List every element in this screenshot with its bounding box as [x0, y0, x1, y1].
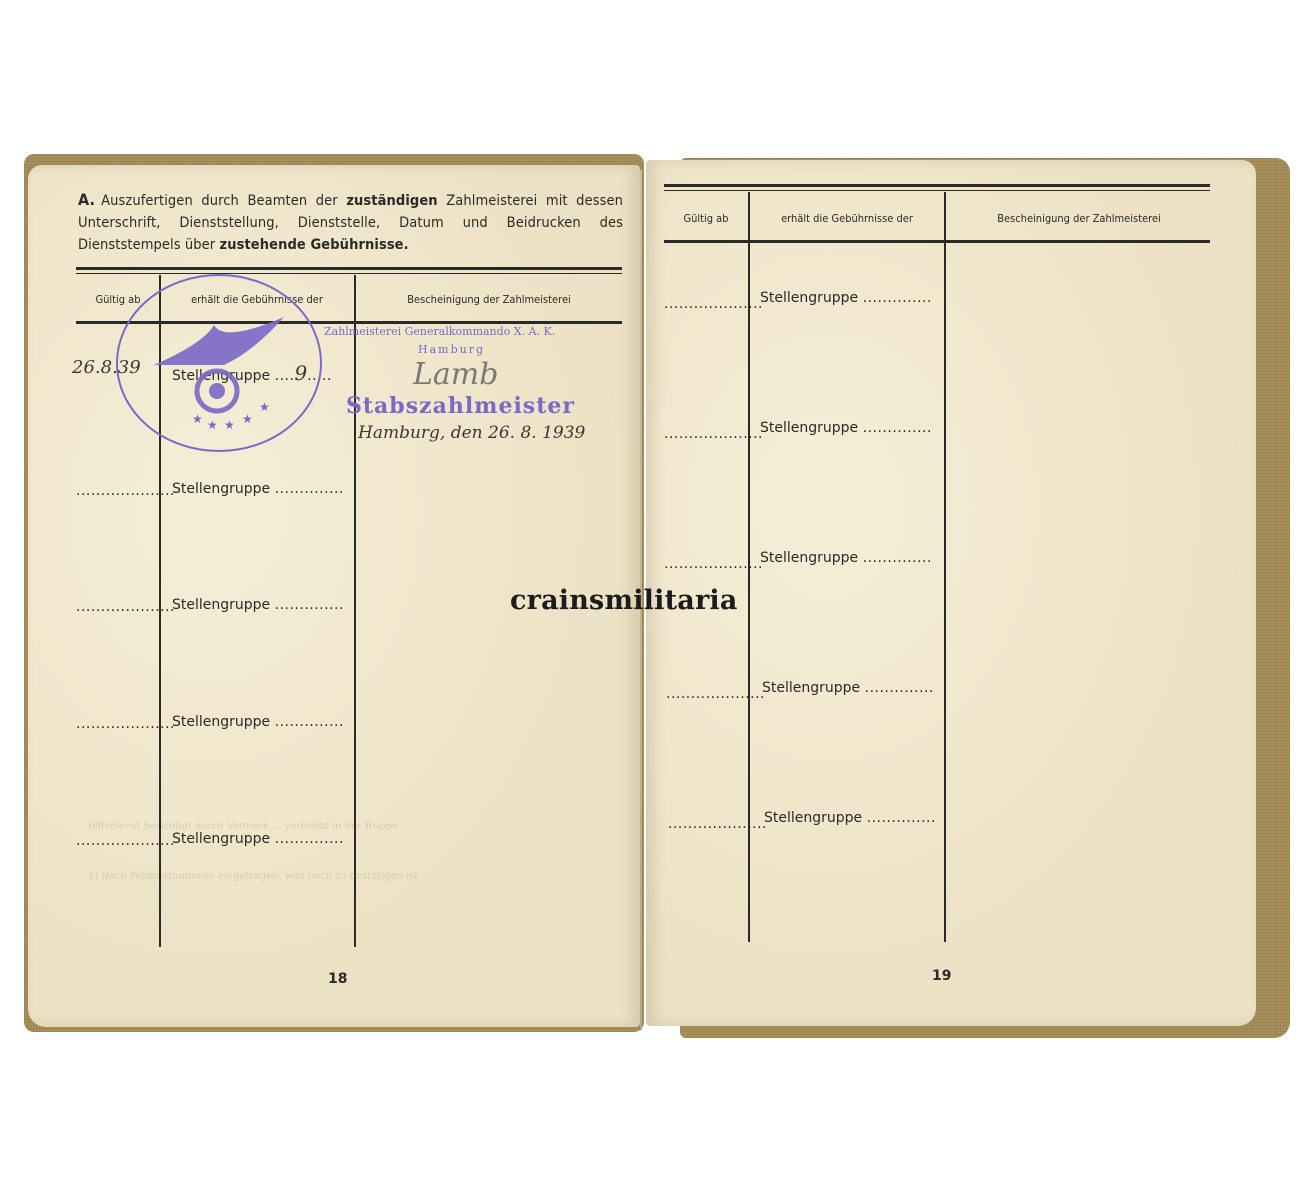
row-5-date-blank: ....................: [76, 833, 175, 849]
eagle-emblem-icon: [154, 317, 284, 411]
svg-text:★: ★: [207, 418, 218, 432]
bleed-through-text-2: 1) Nach Feldpostnummer eingetragen, was …: [88, 871, 431, 882]
place-date: Hamburg, den 26. 8. 1939: [358, 423, 585, 443]
office-stamp-line2: Hamburg: [418, 343, 485, 356]
row-2-label: Stellengruppe ..............: [172, 481, 344, 497]
row-4-date-blank: ....................: [666, 686, 765, 702]
header-certification: Bescheinigung der Zahlmeisterei: [948, 212, 1210, 225]
row-1-date-blank: ....................: [664, 296, 763, 312]
svg-text:★: ★: [192, 412, 203, 426]
instruction-paragraph: A.Auszufertigen durch Beamten der zustän…: [78, 189, 623, 256]
title-stamp: Stabszahlmeister: [346, 393, 575, 419]
row-4-label: Stellengruppe ..............: [172, 714, 344, 730]
row-2-date-blank: ....................: [76, 483, 175, 499]
header-certification: Bescheinigung der Zahlmeisterei: [358, 293, 620, 306]
svg-text:★: ★: [259, 400, 270, 414]
row-5-date-blank: ....................: [668, 816, 767, 832]
office-stamp-line1: Zahlmeisterei Generalkommando X. A. K.: [324, 325, 555, 338]
row-2-label: Stellengruppe ..............: [760, 420, 932, 436]
row-3-label: Stellengruppe ..............: [172, 597, 344, 613]
header-bottom-rule: [664, 240, 1210, 243]
header-valid-from: Gültig ab: [666, 212, 746, 225]
column-divider-2: [354, 275, 356, 947]
table-top-rule: [76, 267, 622, 270]
signature: Lamb: [413, 357, 498, 392]
svg-text:★: ★: [224, 418, 235, 432]
row-4-label: Stellengruppe ..............: [762, 680, 934, 696]
row-3-date-blank: ....................: [76, 599, 175, 615]
bleed-through-text: Hilfsdienst berichtigt durch Vermerk ...…: [88, 821, 398, 832]
row-3-date-blank: ....................: [664, 556, 763, 572]
page-number: 19: [932, 968, 951, 984]
table-top-rule: [664, 184, 1210, 187]
row-2-date-blank: ....................: [664, 426, 763, 442]
table-top-rule-thin: [664, 190, 1210, 191]
section-marker: A.: [78, 190, 95, 209]
row-5-label: Stellengruppe ..............: [172, 831, 344, 847]
svg-text:★: ★: [242, 412, 253, 426]
page-number: 18: [328, 971, 347, 987]
header-receives-fees: erhält die Gebührnisse der: [752, 212, 942, 225]
column-divider-2: [944, 192, 946, 942]
row-5-label: Stellengruppe ..............: [764, 810, 936, 826]
watermark-text: crainsmilitaria: [510, 585, 738, 616]
row-3-label: Stellengruppe ..............: [760, 550, 932, 566]
row-4-date-blank: ....................: [76, 716, 175, 732]
round-official-stamp: ★★★★★: [114, 273, 324, 453]
row-1-label: Stellengruppe ..............: [760, 290, 932, 306]
